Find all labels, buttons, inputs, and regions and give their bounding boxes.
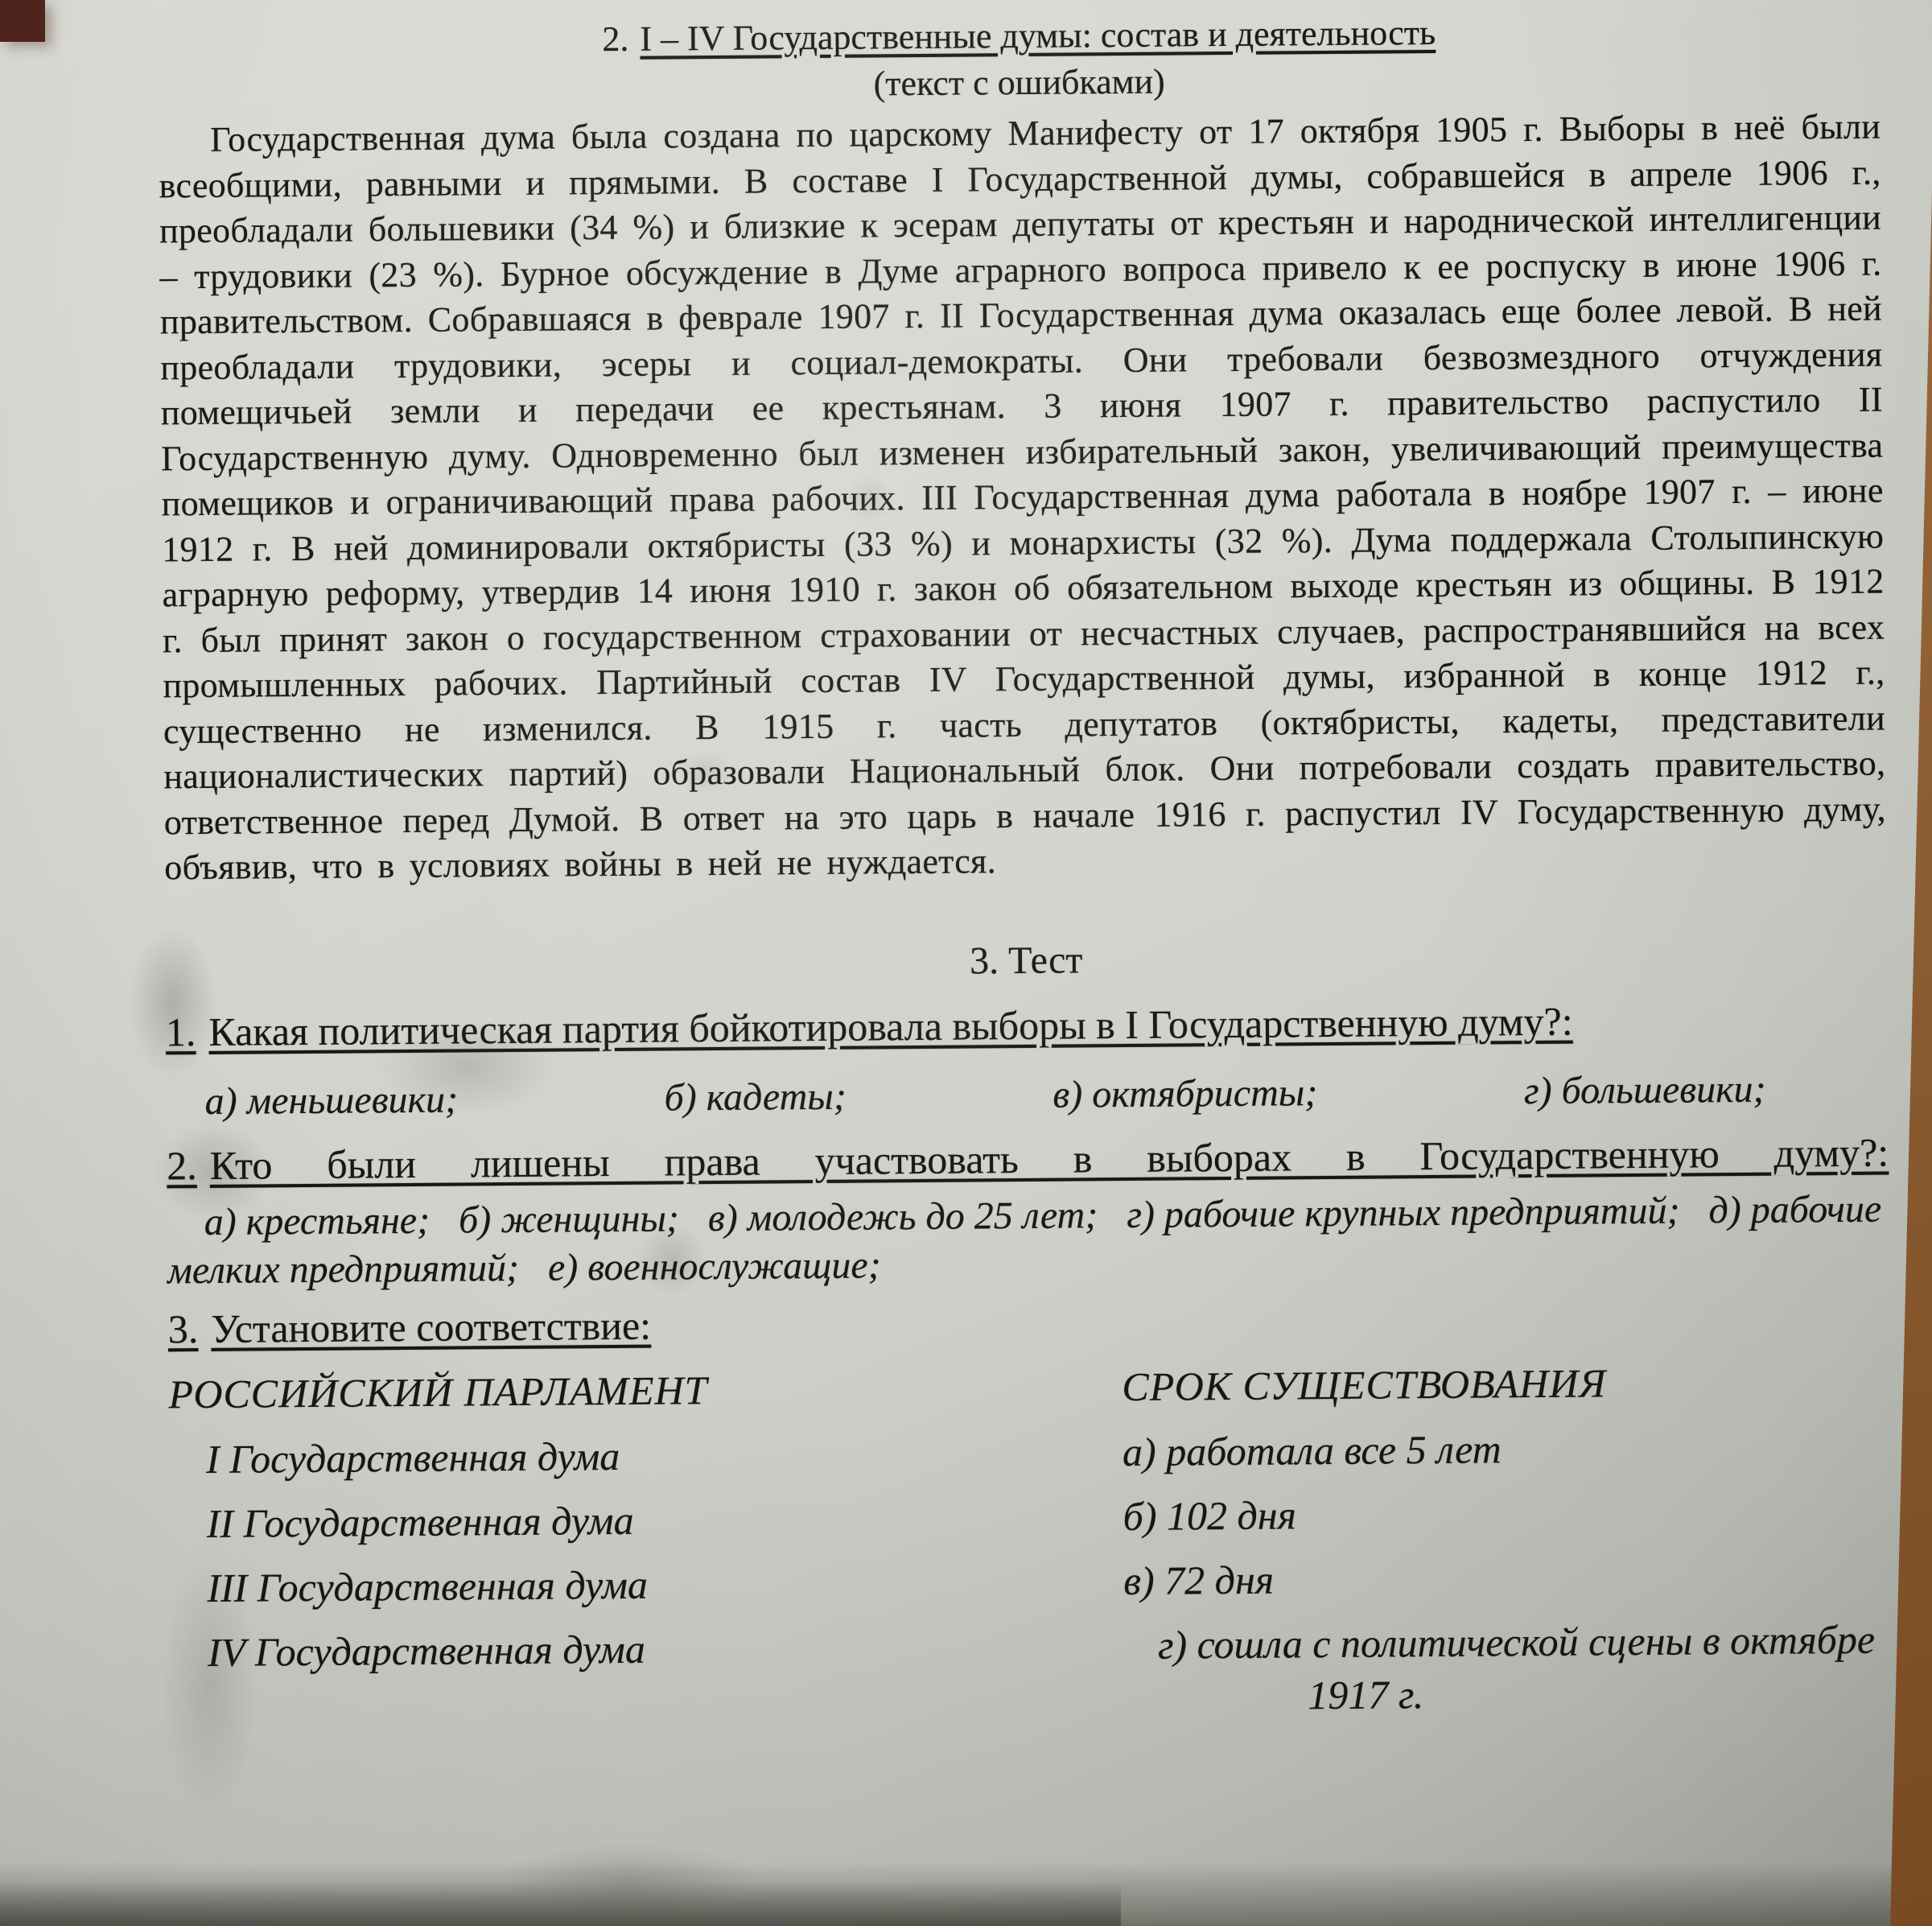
question-2-options: а) крестьяне;б) женщины;в) молодежь до 2… bbox=[167, 1185, 1890, 1295]
matching-right-item-a: а) работала все 5 лет bbox=[1123, 1420, 1891, 1477]
question-1-text: Какая политическая партия бойкотировала … bbox=[208, 998, 1573, 1054]
paper-bottom-left-shadow bbox=[0, 1882, 1121, 1926]
option-b: б) женщины; bbox=[459, 1197, 679, 1241]
question-2-number: 2. bbox=[167, 1143, 197, 1188]
matching-left-item-2: II Государственная дума bbox=[169, 1491, 1123, 1549]
matching-right-item-v: в) 72 дня bbox=[1123, 1549, 1892, 1606]
option-g: г) большевики; bbox=[1524, 1063, 1766, 1116]
test-section-heading: 3. Тест bbox=[165, 930, 1887, 991]
matching-right-item-g: г) сошла с политической сцены в октябре … bbox=[1124, 1613, 1893, 1722]
question-3-number: 3. bbox=[168, 1306, 199, 1351]
option-v: в) молодежь до 25 лет; bbox=[708, 1194, 1098, 1239]
option-a: а) крестьяне; bbox=[204, 1198, 430, 1243]
question-1: 1.Какая политическая партия бойкотировал… bbox=[166, 990, 1888, 1060]
option-e: е) военнослужащие; bbox=[548, 1243, 881, 1289]
matching-table: РОССИЙСКИЙ ПАРЛАМЕНТ СРОК СУЩЕСТВОВАНИЯ … bbox=[168, 1354, 1893, 1730]
option-v: в) октябристы; bbox=[1053, 1067, 1317, 1121]
matching-left-item-1: I Государственная дума bbox=[169, 1426, 1123, 1485]
option-g: г) рабочие крупных предприятий; bbox=[1127, 1189, 1680, 1235]
question-2: 2.Кто были лишены права участвовать в вы… bbox=[167, 1125, 1889, 1192]
question-1-options: а) меньшевики; б) кадеты; в) октябристы;… bbox=[204, 1063, 1765, 1127]
matching-left-header: РОССИЙСКИЙ ПАРЛАМЕНТ bbox=[168, 1360, 1122, 1421]
option-b: б) кадеты; bbox=[664, 1070, 847, 1124]
document-page: 2.I – IV Государственные думы: состав и … bbox=[0, 0, 1932, 1926]
toner-smudge bbox=[499, 1843, 756, 1916]
document-title-text: I – IV Государственные думы: состав и де… bbox=[640, 13, 1436, 59]
question-3-text: Установите соответствие: bbox=[211, 1302, 651, 1351]
option-a: а) меньшевики; bbox=[204, 1074, 458, 1127]
document-title-number: 2. bbox=[602, 19, 628, 59]
question-2-text: Кто были лишены права участвовать в выбо… bbox=[209, 1129, 1889, 1187]
matching-right-header: СРОК СУЩЕСТВОВАНИЯ bbox=[1122, 1354, 1890, 1413]
question-1-number: 1. bbox=[166, 1009, 196, 1054]
photo-background: 2.I – IV Государственные думы: состав и … bbox=[0, 0, 1932, 1926]
matching-right-item-b: б) 102 дня bbox=[1123, 1484, 1891, 1541]
desk-corner-mark bbox=[0, 0, 45, 42]
document-content: 2.I – IV Государственные думы: состав и … bbox=[158, 6, 1893, 1730]
document-paragraph: Государственная дума была создана по цар… bbox=[159, 105, 1886, 891]
paper-bottom-shadow bbox=[0, 1862, 1932, 1926]
matching-left-item-3: III Государственная дума bbox=[170, 1555, 1123, 1614]
question-3: 3.Установите соответствие: bbox=[168, 1289, 1890, 1355]
matching-left-item-4: IV Государственная дума bbox=[171, 1619, 1125, 1730]
